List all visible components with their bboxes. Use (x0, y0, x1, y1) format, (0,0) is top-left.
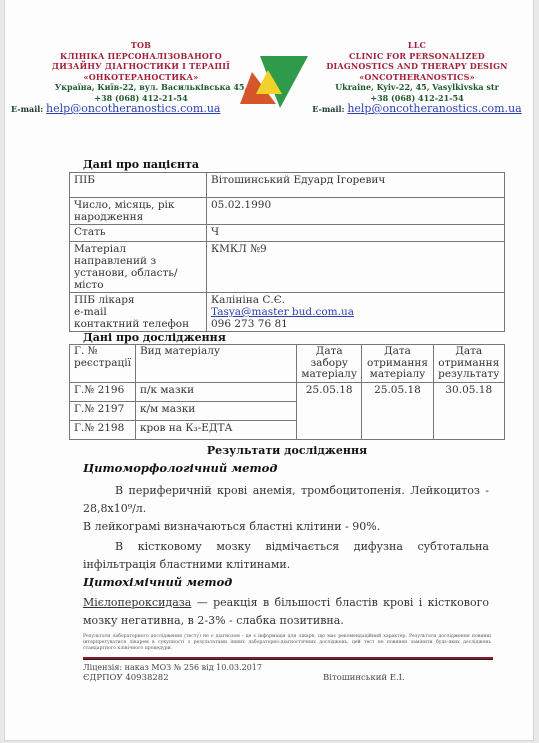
doctor-name-label: ПІБ лікаря (74, 294, 202, 306)
disclaimer: Результати лабораторного дослідження (те… (83, 634, 491, 652)
row-label: Число, місяць, рік народження (70, 198, 207, 225)
myeloperoxidase-term: Мієлопероксидаза (83, 596, 191, 609)
col-header-material: Вид матеріалу (135, 345, 296, 383)
row-label: ПІБ (70, 173, 207, 198)
footer-divider-black (83, 659, 493, 660)
results-title: Результати дослідження (69, 444, 505, 457)
row-value: 05.02.1990 (207, 198, 505, 225)
org-name-line2: DIAGNOSTICS AND THERAPY DESIGN (305, 61, 529, 72)
org-address: Україна, Київ-22, вул. Васильківська 45, (11, 82, 271, 93)
doctor-phone-label: контактний телефон (74, 318, 202, 330)
email-link[interactable]: help@oncotheranostics.com.ua (46, 102, 220, 115)
table-row-doctor: ПІБ лікаря e-mail контактний телефон Кал… (70, 293, 505, 332)
col-header-date-collected: Дата забору матеріалу (296, 345, 362, 383)
method-cytochemistry-title: Цитохімічний метод (83, 575, 232, 589)
clinic-logo (238, 50, 310, 112)
doctor-email-link[interactable]: Tasya@master bud.com.ua (211, 306, 500, 318)
table-header-row: Г. № реєстрації Вид матеріалу Дата забор… (70, 345, 505, 383)
table-row: Г.№ 2196 п/к мазки 25.05.18 25.05.18 30.… (70, 382, 505, 401)
doctor-email-label: e-mail (74, 306, 202, 318)
method-cytomorphology-title: Цитоморфологічний метод (83, 461, 277, 475)
date-received: 25.05.18 (362, 382, 433, 439)
email-label: E-mail: (11, 104, 43, 114)
patient-table: ПІБ Вітошинський Едуард Ігоревич Число, … (69, 172, 505, 332)
doctor-labels: ПІБ лікаря e-mail контактний телефон (70, 293, 207, 332)
org-address: Ukraine, Kyiv-22, 45, Vasylkivska str (305, 82, 529, 93)
row-value: Ч (207, 225, 505, 242)
org-type: LLC (305, 40, 529, 51)
material-type: кров на К₃-ЕДТА (135, 420, 296, 439)
doctor-values: Калініна С.Є. Tasya@master bud.com.ua 09… (207, 293, 505, 332)
edrpou-text: ЄДРПОУ 40938282 (83, 673, 169, 683)
doctor-phone: 096 273 76 81 (211, 318, 500, 330)
document-page: ТОВ КЛІНІКА ПЕРСОНАЛІЗОВАНОГО ДИЗАЙНУ ДІ… (4, 0, 534, 741)
reg-number: Г.№ 2198 (70, 420, 136, 439)
study-table: Г. № реєстрації Вид матеріалу Дата забор… (69, 344, 505, 440)
row-label: Матеріал направлений з установи, область… (70, 242, 207, 293)
study-section-title: Дані про дослідження (83, 331, 226, 344)
row-label: Стать (70, 225, 207, 242)
row-value: Вітошинський Едуард Ігоревич (207, 173, 505, 198)
org-name-line1: КЛІНІКА ПЕРСОНАЛІЗОВАНОГО (11, 51, 271, 62)
row-value: КМКЛ №9 (207, 242, 505, 293)
table-row: Стать Ч (70, 225, 505, 242)
table-row: ПІБ Вітошинський Едуард Ігоревич (70, 173, 505, 198)
email-label: E-mail: (312, 104, 344, 114)
doctor-name: Калініна С.Є. (211, 294, 500, 306)
org-name-line2: ДИЗАЙНУ ДІАГНОСТИКИ І ТЕРАПІЇ (11, 61, 271, 72)
org-name-line3: «ОНКОТЕРАНОСТИКА» (11, 72, 271, 83)
result-paragraph: В лейкограмі визначаються бластні клітин… (83, 518, 489, 536)
result-paragraph: Мієлопероксидаза — реакція в більшості б… (83, 594, 489, 630)
org-type: ТОВ (11, 40, 271, 51)
material-type: п/к мазки (135, 382, 296, 401)
material-type: к/м мазки (135, 401, 296, 420)
col-header-reg: Г. № реєстрації (70, 345, 136, 383)
reg-number: Г.№ 2196 (70, 382, 136, 401)
date-collected: 25.05.18 (296, 382, 362, 439)
org-name-line1: CLINIC FOR PERSONALIZED (305, 51, 529, 62)
result-paragraph: В периферичній крові анемія, тромбоцитоп… (83, 482, 489, 518)
org-email-row: E-mail: help@oncotheranostics.com.ua (11, 104, 271, 115)
email-link[interactable]: help@oncotheranostics.com.ua (347, 102, 521, 115)
patient-section-title: Дані про пацієнта (83, 158, 199, 171)
col-header-date-received: Дата отримання матеріалу (362, 345, 433, 383)
org-name-line3: «ONCOTHERANOSTICS» (305, 72, 529, 83)
result-paragraph: В кістковому мозку відмічається дифузна … (83, 538, 489, 574)
col-header-date-result: Дата отримання результату (433, 345, 504, 383)
date-result: 30.05.18 (433, 382, 504, 439)
table-row: Матеріал направлений з установи, область… (70, 242, 505, 293)
header-english: LLC CLINIC FOR PERSONALIZED DIAGNOSTICS … (305, 40, 529, 115)
header-ukrainian: ТОВ КЛІНІКА ПЕРСОНАЛІЗОВАНОГО ДИЗАЙНУ ДІ… (11, 40, 271, 115)
org-email-row: E-mail: help@oncotheranostics.com.ua (305, 104, 529, 115)
signature-name: Вітошинський Е.І. (323, 673, 405, 683)
license-text: Ліцензія: наказ МОЗ № 256 від 10.03.2017 (83, 663, 262, 672)
table-row: Число, місяць, рік народження 05.02.1990 (70, 198, 505, 225)
reg-number: Г.№ 2197 (70, 401, 136, 420)
